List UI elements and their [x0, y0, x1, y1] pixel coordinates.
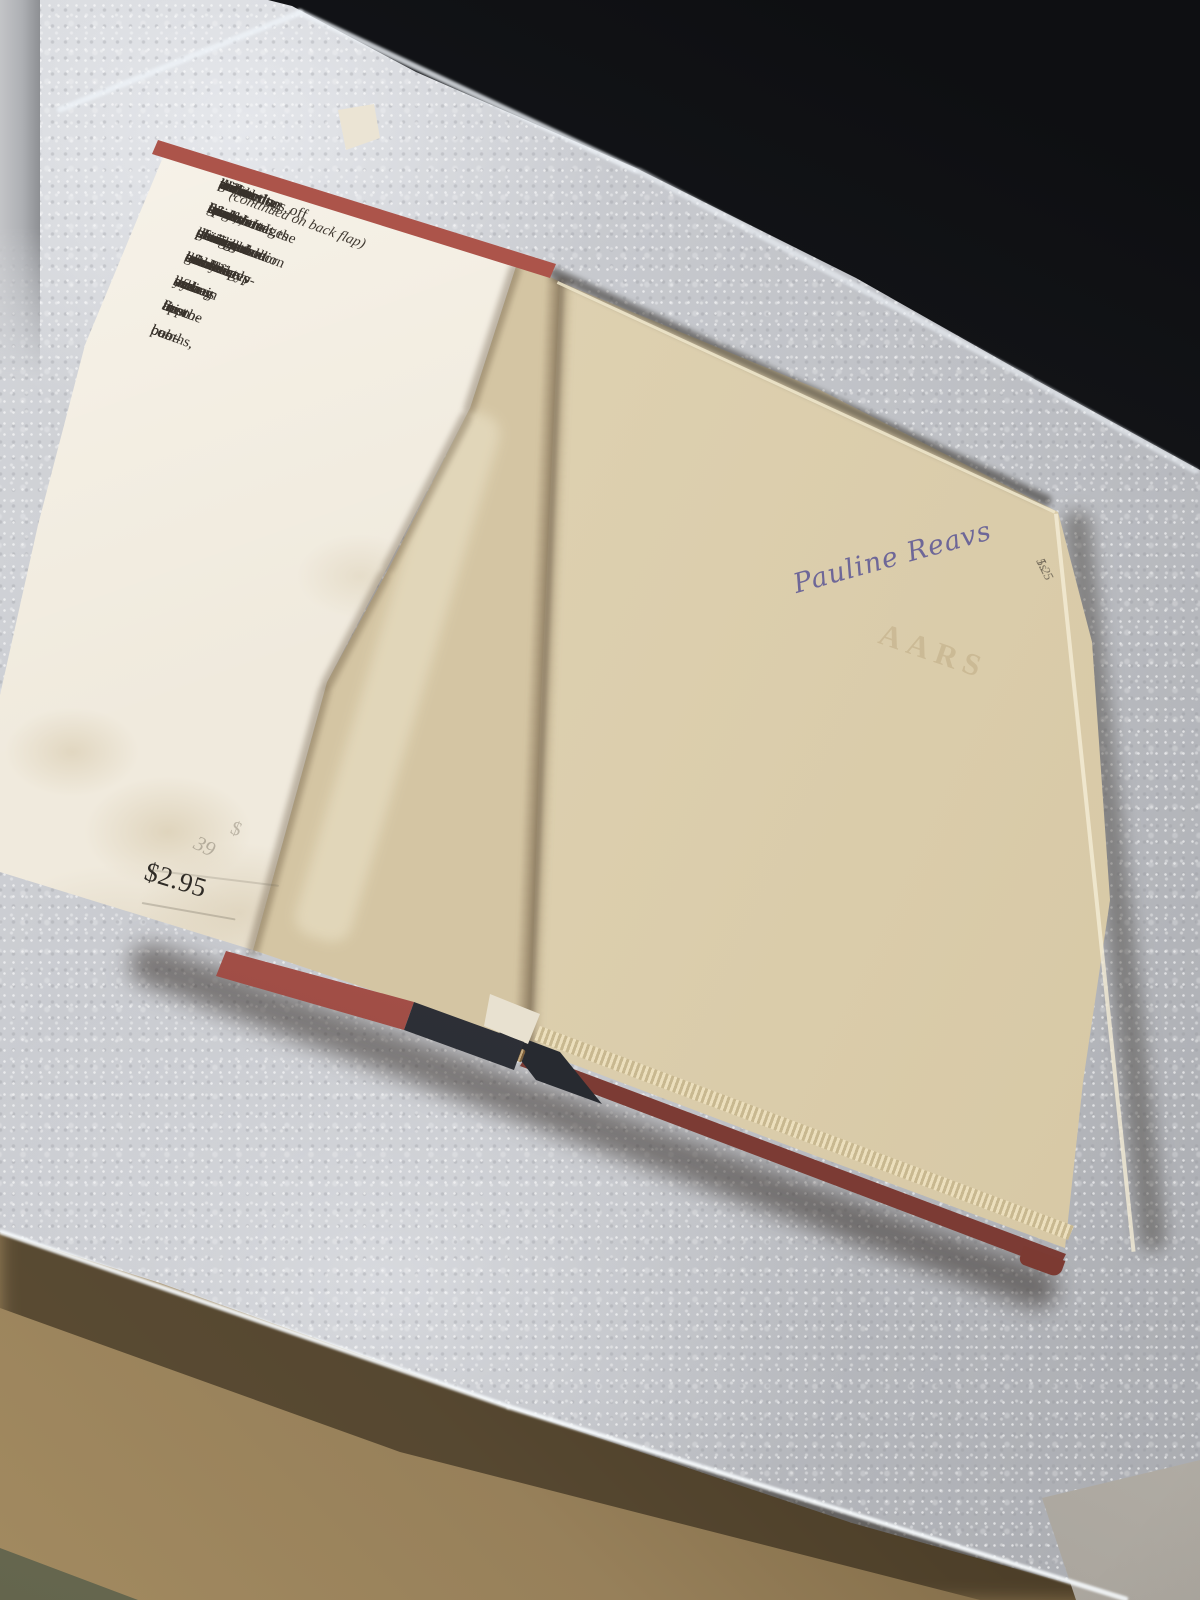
book-photograph: Although hundreds of thousands ofbazaars… [0, 0, 1200, 1600]
background-wall-edge [0, 0, 40, 380]
